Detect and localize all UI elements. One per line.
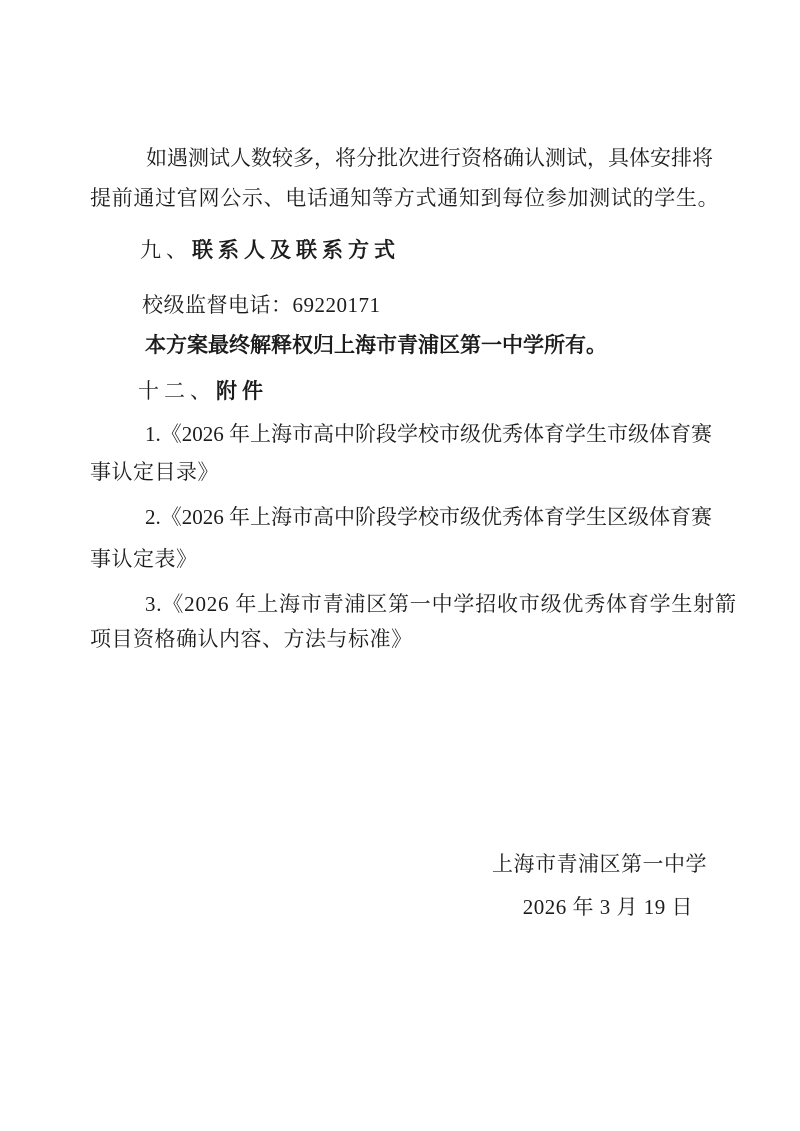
attachment-1-line-2: 事认定目录》 (90, 460, 219, 484)
final-interpretation-line: 本方案最终解释权归上海市青浦区第一中学所有。 (145, 333, 607, 357)
document-page: 如遇测试人数较多，将分批次进行资格确认测试，具体安排将 提前通过官网公示、电话通… (0, 0, 800, 1131)
section-title: 附件 (216, 379, 268, 403)
section-number: 九、 (140, 238, 192, 262)
signature-date: 2026 年 3 月 19 日 (523, 895, 693, 919)
section-heading-attachments: 十二、附件 (138, 379, 268, 403)
attachment-3-line-2: 项目资格确认内容、方法与标准》 (90, 627, 413, 651)
section-title: 联系人及联系方式 (192, 238, 400, 262)
section-number: 十二、 (138, 379, 216, 403)
attachment-1-line-1: 1.《2026 年上海市高中阶段学校市级优秀体育学生市级体育赛 (145, 422, 712, 446)
contact-phone-line: 校级监督电话：69220171 (142, 293, 381, 317)
paragraph-batch-line-2: 提前通过官网公示、电话通知等方式通知到每位参加测试的学生。 (90, 186, 719, 210)
attachment-3-line-1: 3.《2026 年上海市青浦区第一中学招收市级优秀体育学生射箭 (145, 592, 737, 616)
attachment-2-line-2: 事认定表》 (90, 547, 198, 571)
paragraph-batch-line-1: 如遇测试人数较多，将分批次进行资格确认测试，具体安排将 (146, 146, 713, 170)
signature-organization: 上海市青浦区第一中学 (492, 852, 707, 876)
attachment-2-line-1: 2.《2026 年上海市高中阶段学校市级优秀体育学生区级体育赛 (145, 505, 712, 529)
section-heading-contact: 九、联系人及联系方式 (140, 238, 400, 262)
